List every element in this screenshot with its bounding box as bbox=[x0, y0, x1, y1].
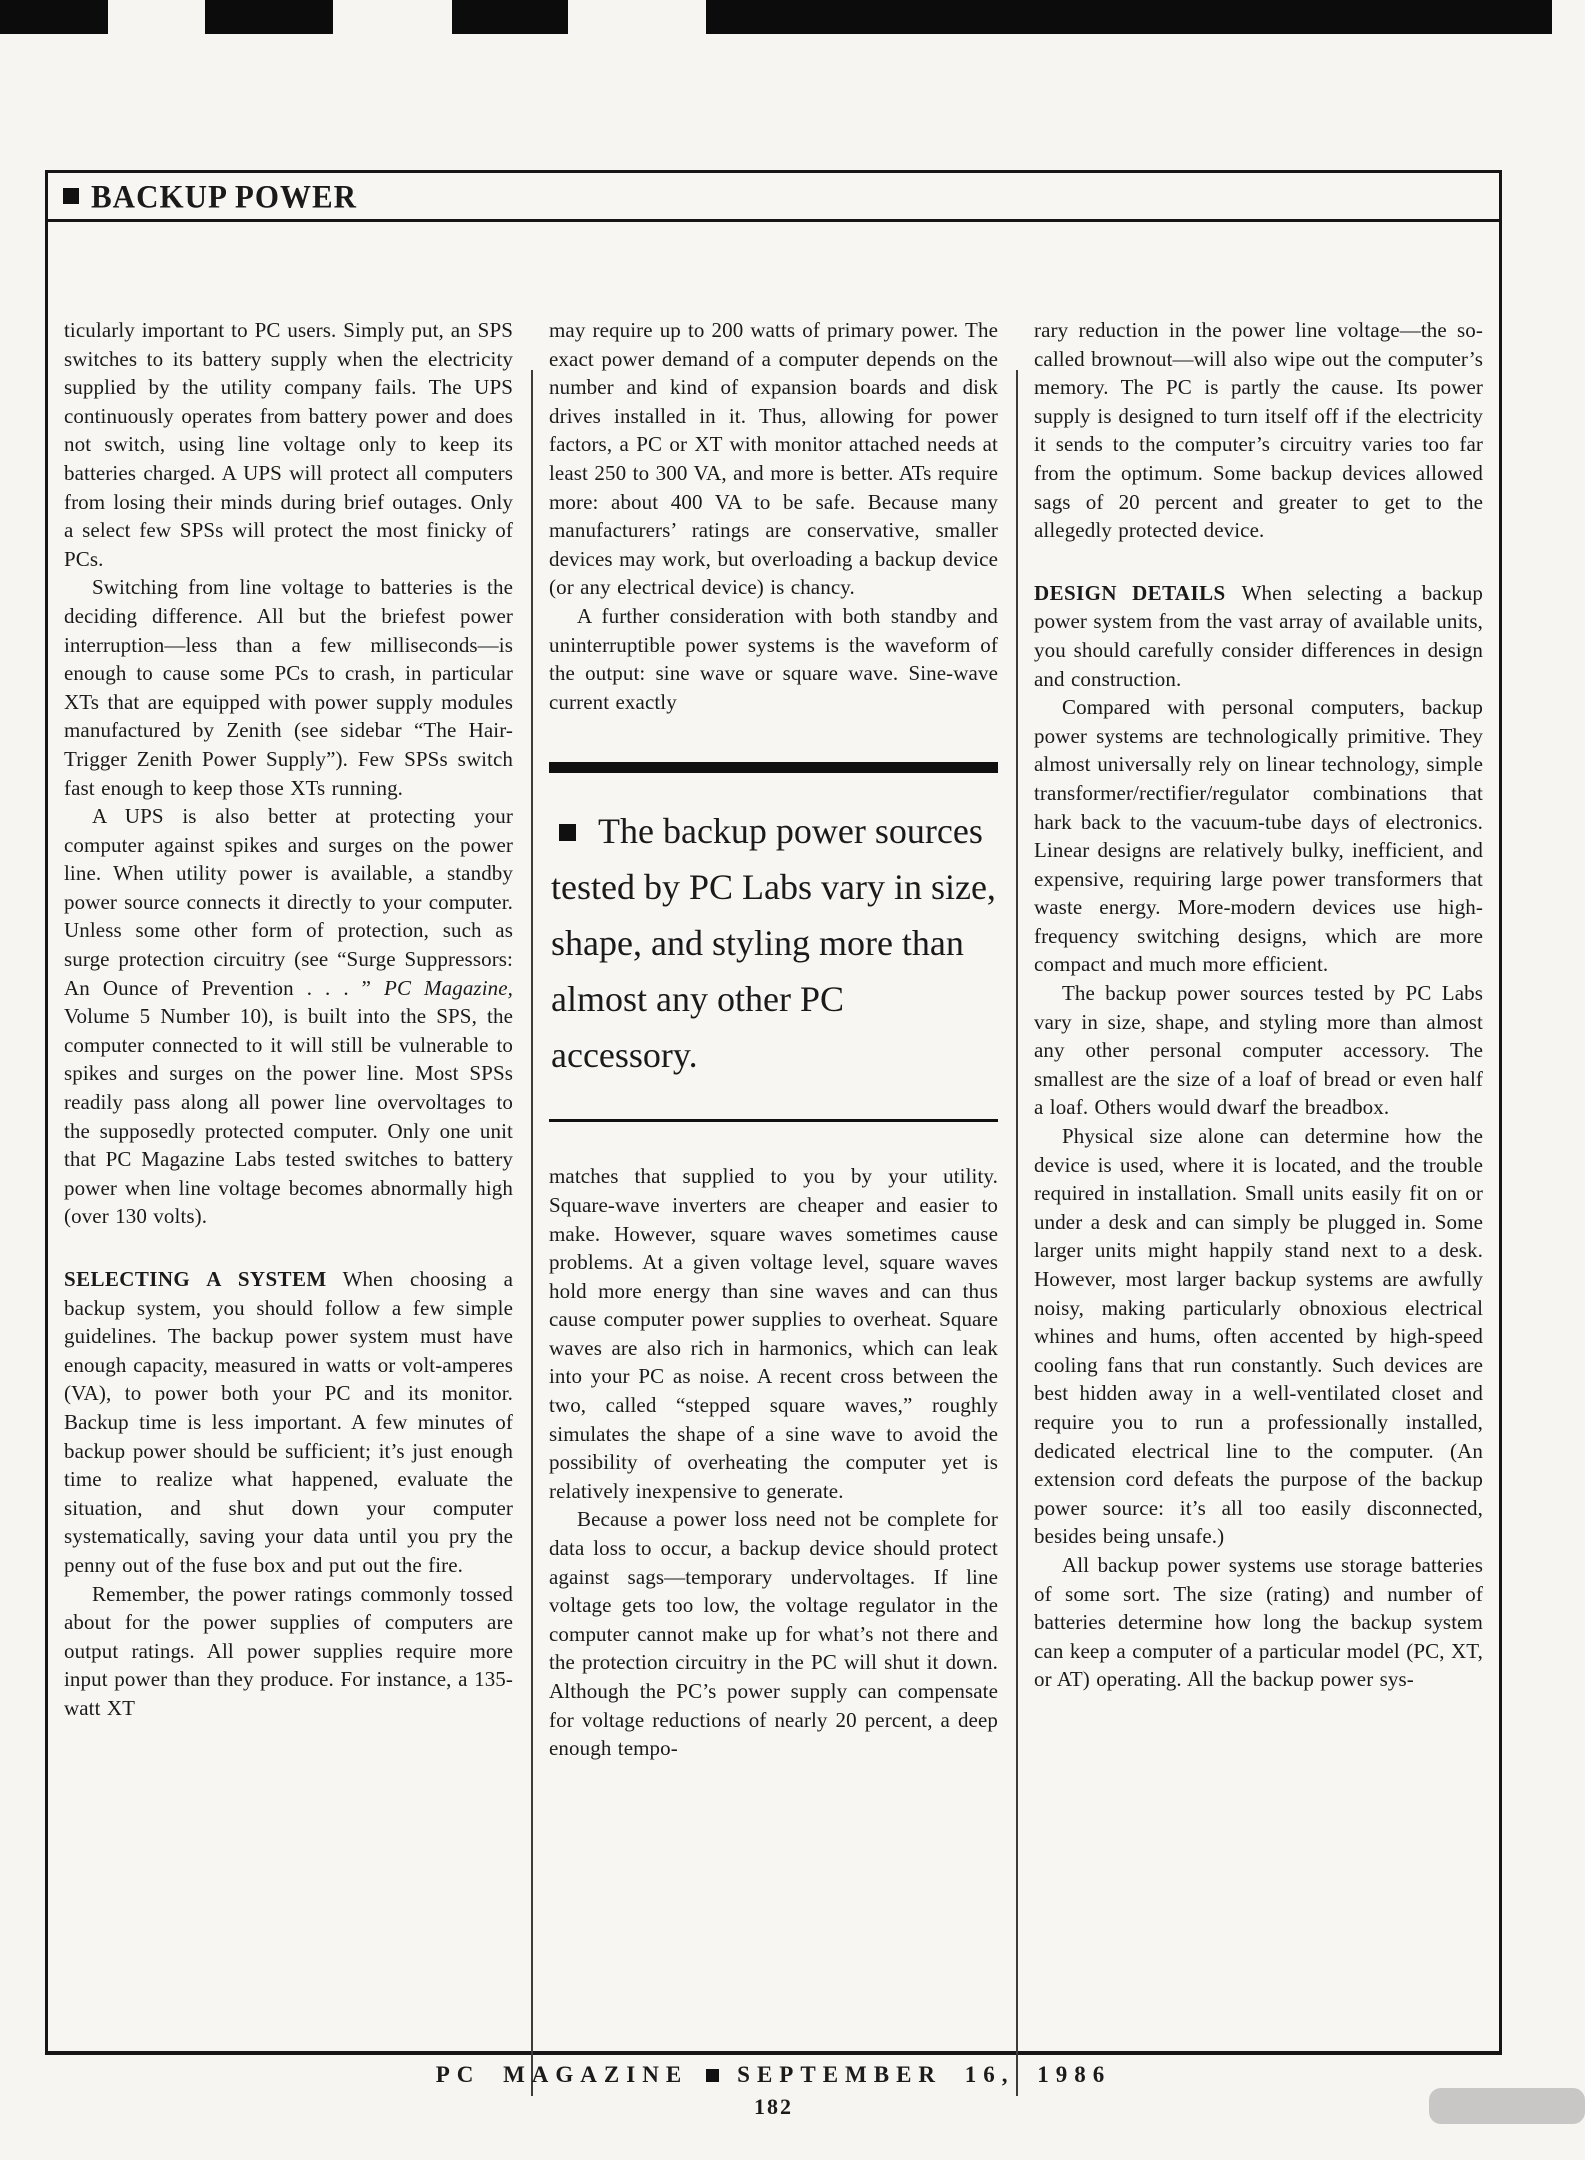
column-divider bbox=[1016, 370, 1018, 2096]
body-paragraph: may require up to 200 watts of primary p… bbox=[549, 316, 998, 602]
body-paragraph: Remember, the power ratings commonly tos… bbox=[64, 1580, 513, 1723]
column-1: ticularly important to PC users. Simply … bbox=[64, 316, 513, 2046]
body-paragraph: A further consideration with both standb… bbox=[549, 602, 998, 716]
section-paragraph: SELECTING A SYSTEMWhen choosing a backup… bbox=[64, 1265, 513, 1580]
body-paragraph: ticularly important to PC users. Simply … bbox=[64, 316, 513, 573]
corner-overlay bbox=[1429, 2088, 1585, 2124]
scan-artifact-bar bbox=[0, 0, 1585, 36]
body-paragraph: A UPS is also better at protecting your … bbox=[64, 802, 513, 1231]
scan-artifact-segment bbox=[706, 0, 1552, 34]
section-heading: DESIGN DETAILS bbox=[1034, 581, 1226, 605]
body-paragraph: Physical size alone can determine how th… bbox=[1034, 1122, 1483, 1551]
body-paragraph: Switching from line voltage to batteries… bbox=[64, 573, 513, 802]
article-body: ticularly important to PC users. Simply … bbox=[48, 222, 1499, 2052]
section-heading: SELECTING A SYSTEM bbox=[64, 1267, 327, 1291]
column-2: may require up to 200 watts of primary p… bbox=[549, 316, 998, 2046]
body-paragraph: All backup power systems use storage bat… bbox=[1034, 1551, 1483, 1694]
body-paragraph: matches that supplied to you by your uti… bbox=[549, 1162, 998, 1505]
pullquote-text: The backup power sources tested by PC La… bbox=[551, 811, 996, 1075]
scan-artifact-segment bbox=[0, 0, 108, 34]
scan-artifact-segment bbox=[452, 0, 568, 34]
page-number: 182 bbox=[45, 2094, 1502, 2120]
section-paragraph: DESIGN DETAILSWhen selecting a backup po… bbox=[1034, 579, 1483, 693]
column-3: rary reduction in the power line voltage… bbox=[1034, 316, 1483, 2046]
article-frame: BACKUP POWER ticularly important to PC u… bbox=[45, 170, 1502, 2055]
column-divider bbox=[531, 370, 533, 2096]
scan-artifact-segment bbox=[205, 0, 333, 34]
page-footer: PC MAGAZINESEPTEMBER 16, 1986 bbox=[45, 2062, 1502, 2088]
footer-bullet-icon bbox=[706, 2069, 719, 2082]
pullquote: The backup power sources tested by PC La… bbox=[549, 762, 998, 1122]
pullquote-bullet-icon bbox=[559, 824, 576, 841]
footer-date: SEPTEMBER 16, 1986 bbox=[737, 2062, 1111, 2087]
body-paragraph: Because a power loss need not be complet… bbox=[549, 1505, 998, 1762]
header-bullet-icon bbox=[63, 188, 79, 204]
body-paragraph: The backup power sources tested by PC La… bbox=[1034, 979, 1483, 1122]
body-paragraph: rary reduction in the power line voltage… bbox=[1034, 316, 1483, 545]
article-title: BACKUP POWER bbox=[91, 180, 357, 213]
footer-magazine: PC MAGAZINE bbox=[436, 2062, 688, 2087]
body-paragraph: Compared with personal computers, backup… bbox=[1034, 693, 1483, 979]
article-header: BACKUP POWER bbox=[48, 173, 1499, 222]
